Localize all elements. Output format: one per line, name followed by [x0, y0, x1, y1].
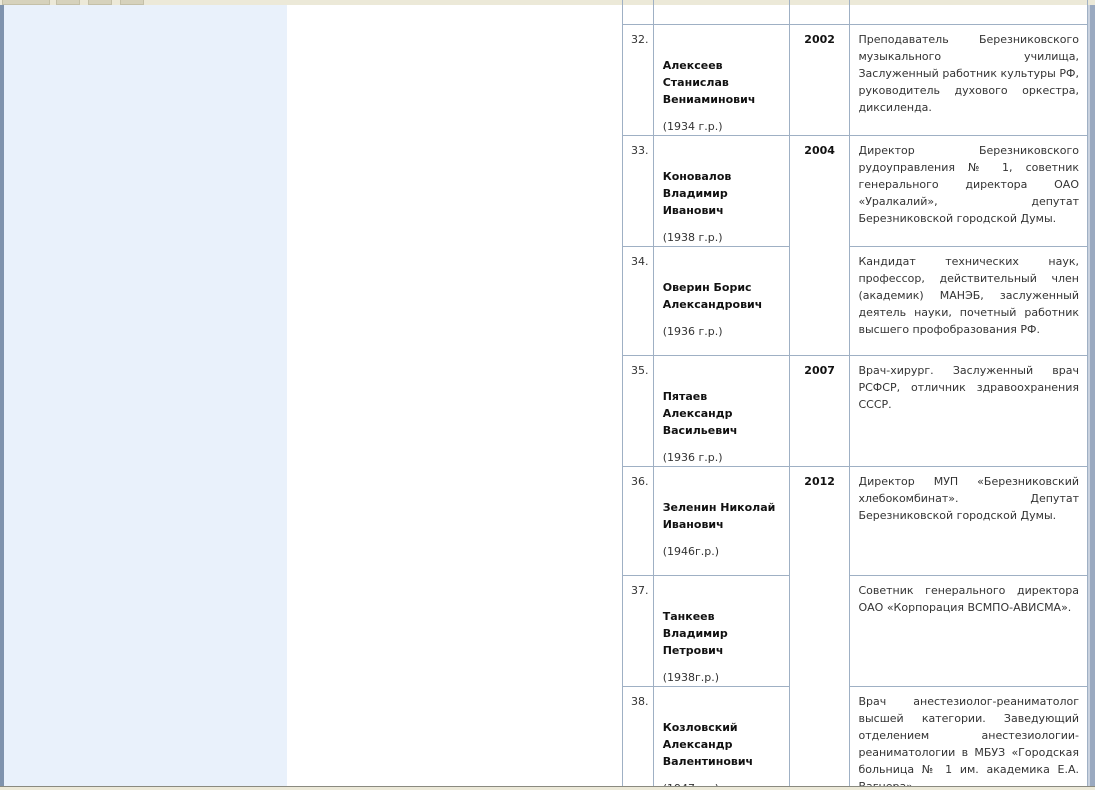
person-cell: Зеленин Николай Иванович(1946г.р.): [653, 467, 789, 576]
person-name: Оверин Борис Александрович: [663, 279, 781, 313]
table-row: 32.Алексеев Станислав Вениаминович(1934 …: [623, 25, 1088, 136]
award-year: 2002: [789, 25, 850, 136]
person-description: Кандидат технических наук, профессор, де…: [850, 247, 1088, 356]
row-number: 33.: [623, 136, 654, 247]
row-number: 35.: [623, 356, 654, 467]
honorary-citizens-table: 32.Алексеев Станислав Вениаминович(1934 …: [622, 0, 1088, 790]
person-cell: Танкеев Владимир Петрович(1938г.р.): [653, 576, 789, 687]
vertical-scrollbar[interactable]: [1088, 5, 1095, 786]
award-year: 2007: [789, 356, 850, 467]
person-name: Зеленин Николай Иванович: [663, 499, 781, 533]
cell-desc: [850, 0, 1088, 25]
person-description: Советник генерального директора ОАО «Кор…: [850, 576, 1088, 687]
person-name: Козловский Александр Валентинович: [663, 719, 781, 770]
cell-num: [623, 0, 654, 25]
birth-year: (1936 г.р.): [663, 323, 781, 340]
table-row: 34.Оверин Борис Александрович(1936 г.р.)…: [623, 247, 1088, 356]
birth-year: (1946г.р.): [663, 543, 781, 560]
birth-year: (1936 г.р.): [663, 449, 781, 466]
birth-year: (1938г.р.): [663, 669, 781, 686]
person-description: Преподаватель Березниковского музыкально…: [850, 25, 1088, 136]
row-number: 34.: [623, 247, 654, 356]
person-description: Директор Березниковского рудоуправления …: [850, 136, 1088, 247]
row-number: 36.: [623, 467, 654, 576]
row-number: 32.: [623, 25, 654, 136]
person-cell: Коновалов Владимир Иванович(1938 г.р.): [653, 136, 789, 247]
person-cell: Пятаев Александр Васильевич(1936 г.р.): [653, 356, 789, 467]
table-row-previous: [623, 0, 1088, 25]
person-name: Танкеев Владимир Петрович: [663, 608, 781, 659]
table-row: 33.Коновалов Владимир Иванович(1938 г.р.…: [623, 136, 1088, 247]
person-name: Пятаев Александр Васильевич: [663, 388, 781, 439]
table-row: 38.Козловский Александр Валентинович(194…: [623, 687, 1088, 790]
cell-name: [653, 0, 789, 25]
person-cell: Алексеев Станислав Вениаминович(1934 г.р…: [653, 25, 789, 136]
row-number: 38.: [623, 687, 654, 790]
award-year: 2012: [789, 467, 850, 790]
status-bar: [0, 786, 1095, 790]
birth-year: (1934 г.р.): [663, 118, 781, 135]
table-row: 37.Танкеев Владимир Петрович(1938г.р.)Со…: [623, 576, 1088, 687]
main-content: 32.Алексеев Станислав Вениаминович(1934 …: [287, 5, 1088, 786]
person-description: Врач анестезиолог-реаниматолог высшей ка…: [850, 687, 1088, 790]
sidebar: [4, 5, 287, 786]
row-number: 37.: [623, 576, 654, 687]
person-name: Алексеев Станислав Вениаминович: [663, 57, 781, 108]
table-row: 35.Пятаев Александр Васильевич(1936 г.р.…: [623, 356, 1088, 467]
table-row: 36.Зеленин Николай Иванович(1946г.р.)201…: [623, 467, 1088, 576]
birth-year: (1938 г.р.): [663, 229, 781, 246]
person-cell: Козловский Александр Валентинович(1947г.…: [653, 687, 789, 790]
person-description: Директор МУП «Березниковский хлебокомбин…: [850, 467, 1088, 576]
person-description: Врач-хирург. Заслуженный врач РСФСР, отл…: [850, 356, 1088, 467]
award-year: 2004: [789, 136, 850, 356]
person-name: Коновалов Владимир Иванович: [663, 168, 781, 219]
cell-year: [789, 0, 850, 25]
person-cell: Оверин Борис Александрович(1936 г.р.): [653, 247, 789, 356]
